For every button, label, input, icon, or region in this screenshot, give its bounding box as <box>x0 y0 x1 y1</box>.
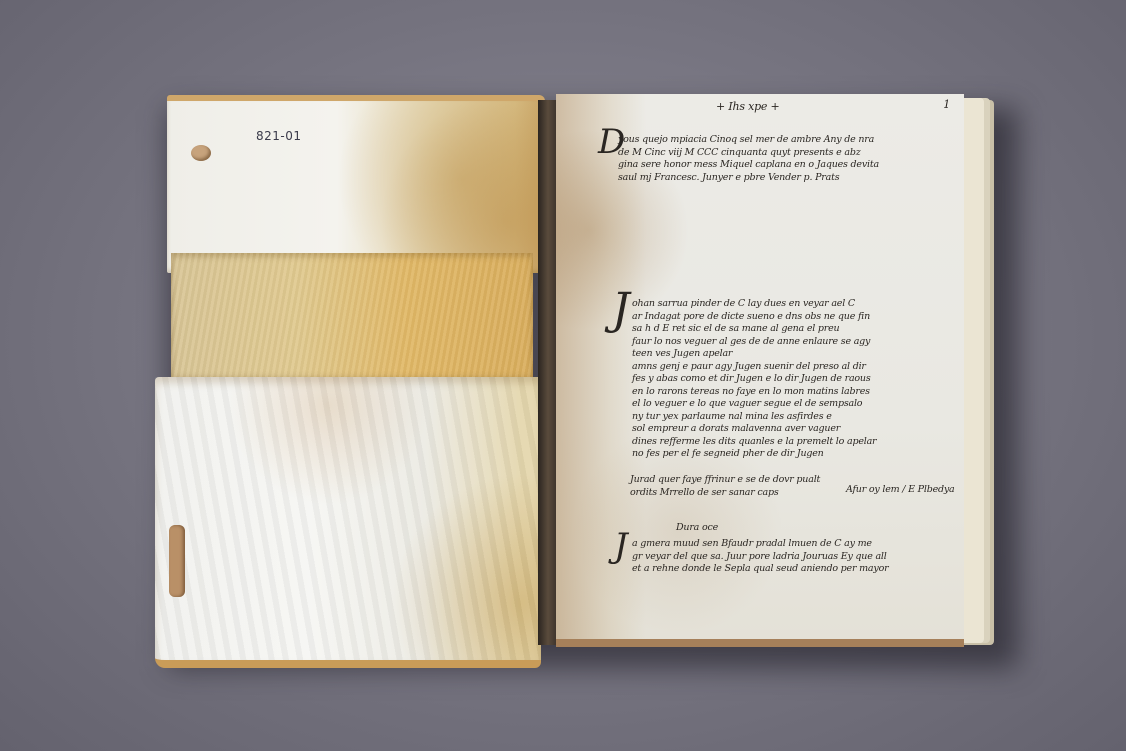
signature: Afur oy lem / E Plbedya <box>846 484 955 497</box>
text-line: sol empreur a dorats malavenna aver vagu… <box>632 423 876 436</box>
text-line: sa h d E ret sic el de sa mane al gena e… <box>632 323 876 336</box>
text-line: en lo rarons tereas no faye en lo mon ma… <box>632 386 876 399</box>
manuscript-photo: 821-01 + Ihs xpe + 1 D yous quejo mpiaci… <box>0 0 1126 751</box>
paragraph-1: yous quejo mpiacia Cinoq sel mer de ambr… <box>618 134 879 184</box>
text-line: Jurad quer faye ffrinur e se de dovr pua… <box>630 474 820 487</box>
text-line: yous quejo mpiacia Cinoq sel mer de ambr… <box>618 134 879 147</box>
text-line: et a rehne donde le Sepla qual seud anie… <box>632 563 888 576</box>
text-line: no fes per el fe segneid pher de dir Jug… <box>632 448 876 461</box>
text-line: ohan sarrua pinder de C lay dues en veya… <box>632 298 876 311</box>
cover-leather-band <box>171 253 533 381</box>
text-line: fes y abas como et dir Jugen e lo dir Ju… <box>632 373 876 386</box>
text-line: faur lo nos veguer al ges de de anne enl… <box>632 336 876 349</box>
folio-number: 1 <box>943 98 950 111</box>
cover-bottom-parchment <box>155 377 541 668</box>
catalog-number: 821-01 <box>256 129 302 143</box>
text-line: gina sere honor mess Miquel caplana en o… <box>618 159 879 172</box>
drop-cap: J <box>614 526 628 566</box>
drop-cap: J <box>612 284 630 335</box>
text-line: de M Cinc viij M CCC cinquanta quyt pres… <box>618 147 879 160</box>
text-line: dines refferme les dits quanles e la pre… <box>632 436 876 449</box>
text-line: a gmera muud sen Bfaudr pradal lmuen de … <box>632 538 888 551</box>
manuscript-page: + Ihs xpe + 1 D yous quejo mpiacia Cinoq… <box>556 94 964 647</box>
text-line: ar Indagat pore de dicte sueno e dns obs… <box>632 311 876 324</box>
text-line: gr veyar del que sa. Juur pore ladria Jo… <box>632 551 888 564</box>
paragraph-3: Jurad quer faye ffrinur e se de dovr pua… <box>630 474 820 499</box>
text-line: ordits Mrrello de ser sanar caps <box>630 487 820 500</box>
section-heading: Dura oce <box>676 522 718 535</box>
text-line: ny tur yex parlaume nal mina les asfirde… <box>632 411 876 424</box>
page-header-invocation: + Ihs xpe + <box>716 100 780 113</box>
cover-top-parchment <box>167 95 545 273</box>
leather-clasp-tab <box>169 525 185 597</box>
leather-pin <box>191 145 211 161</box>
text-line: teen ves Jugen apelar <box>632 348 876 361</box>
paragraph-4: a gmera muud sen Bfaudr pradal lmuen de … <box>632 538 888 576</box>
left-cover: 821-01 <box>153 95 543 660</box>
text-line: amns genj e paur agy Jugen suenir del pr… <box>632 361 876 374</box>
text-line: el lo veguer e lo que vaguer segue el de… <box>632 398 876 411</box>
book-spine <box>538 100 558 645</box>
paragraph-2: ohan sarrua pinder de C lay dues en veya… <box>632 298 876 461</box>
text-line: saul mj Francesc. Junyer e pbre Vender p… <box>618 172 879 185</box>
